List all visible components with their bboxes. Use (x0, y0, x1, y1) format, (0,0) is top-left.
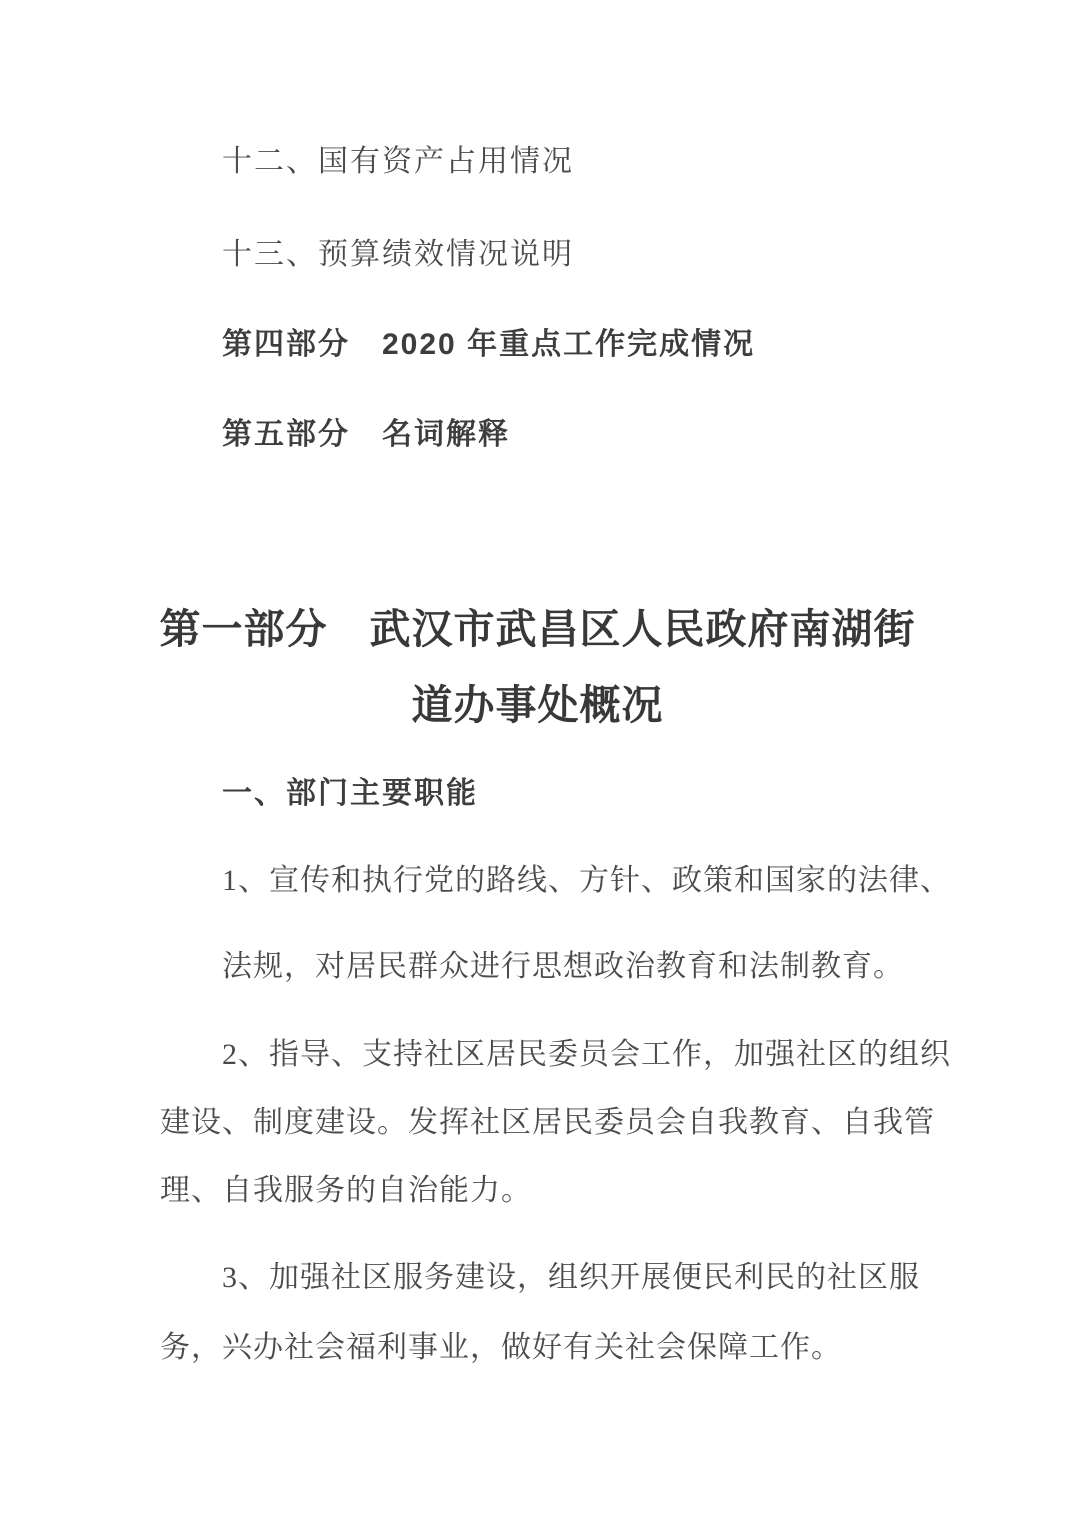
part-one-title-line-1: 第一部分 武汉市武昌区人民政府南湖街 (0, 606, 1075, 653)
toc-item-13: 十三、预算绩效情况说明 (222, 238, 574, 273)
toc-part-4-heading: 第四部分 2020 年重点工作完成情况 (222, 328, 755, 363)
toc-item-12: 十二、国有资产占用情况 (222, 145, 574, 180)
paragraph-2-line-1: 2、指导、支持社区居民委员会工作，加强社区的组织 (222, 1038, 951, 1073)
part-one-title-line-2: 道办事处概况 (0, 682, 1075, 729)
paragraph-2-line-2: 建设、制度建设。发挥社区居民委员会自我教育、自我管 (160, 1106, 935, 1141)
toc-part-5-heading: 第五部分 名词解释 (222, 418, 510, 453)
document-page: 十二、国有资产占用情况 十三、预算绩效情况说明 第四部分 2020 年重点工作完… (0, 0, 1075, 1521)
subsection-heading-main-functions: 一、部门主要职能 (222, 777, 478, 812)
paragraph-1-line-2: 法规，对居民群众进行思想政治教育和法制教育。 (222, 950, 904, 985)
paragraph-3-line-1: 3、加强社区服务建设，组织开展便民利民的社区服 (222, 1261, 920, 1296)
paragraph-1-line-1: 1、宣传和执行党的路线、方针、政策和国家的法律、 (222, 864, 951, 899)
paragraph-2-line-3: 理、自我服务的自治能力。 (160, 1174, 532, 1209)
paragraph-3-line-2: 务，兴办社会福利事业，做好有关社会保障工作。 (160, 1331, 842, 1366)
